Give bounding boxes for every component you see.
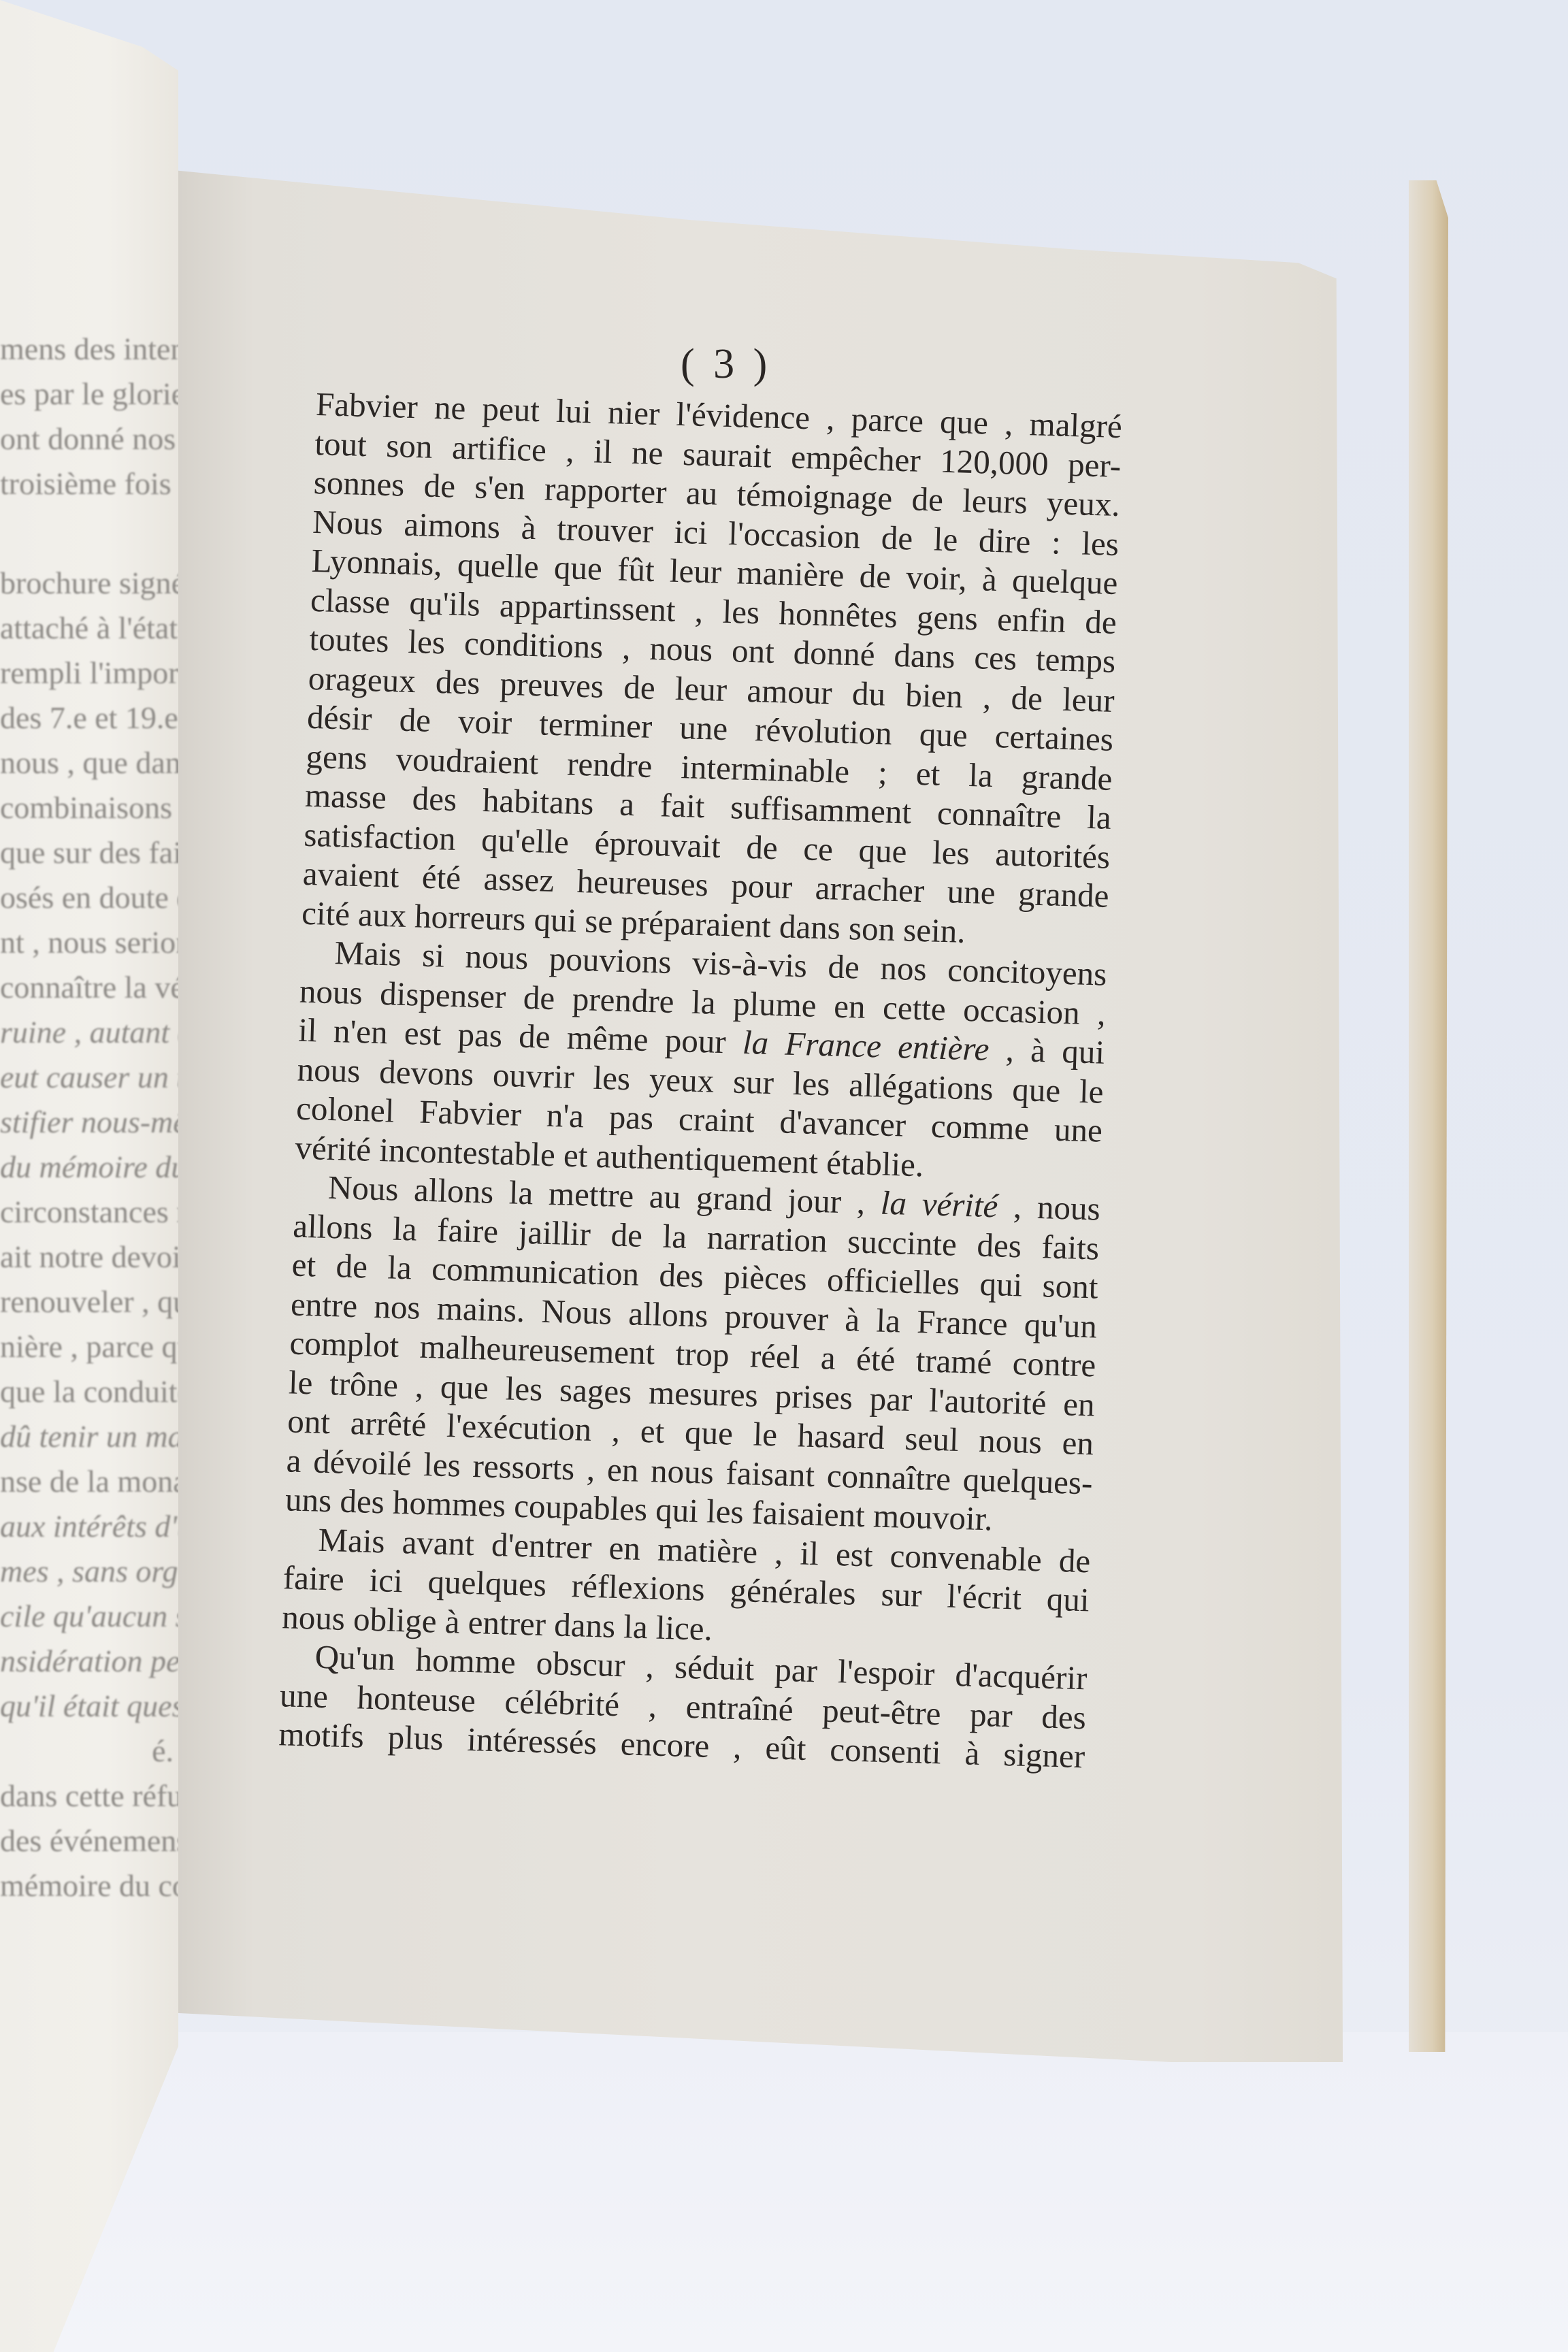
facing-line: circonstances malheu-: [0, 1190, 174, 1235]
facing-line: ruine , autant qu'il est en: [0, 1010, 174, 1055]
facing-line: é.: [0, 1729, 174, 1774]
facing-page-left: mens des intentions es par le glorieux o…: [0, 0, 178, 2352]
facing-line: ont donné nos con-: [0, 416, 174, 461]
italic-emphasis: la France entière: [742, 1024, 990, 1068]
facing-line: brochure signée par: [0, 561, 174, 606]
facing-line: du mémoire du colonel: [0, 1145, 174, 1190]
facing-line: qu'il était question: [0, 1684, 174, 1729]
page-deckle-edge: [1409, 180, 1448, 2052]
facing-line: nière , parce que nous: [0, 1324, 174, 1369]
table-surface: [0, 2032, 1568, 2352]
facing-line: nt , nous serions coupables: [0, 920, 174, 965]
facing-line: es par le glorieux: [0, 372, 174, 416]
facing-line: que la conduite que: [0, 1369, 174, 1414]
text-span: , nous: [998, 1187, 1101, 1227]
facing-line: nous , que dans cette: [0, 740, 174, 785]
facing-line: des événemens dont: [0, 1818, 174, 1863]
facing-line: mes , sans orgueil ,: [0, 1549, 174, 1594]
facing-line: eut causer un tel ouvrage.: [0, 1055, 174, 1100]
facing-line: aux intérêts d'une: [0, 1504, 174, 1549]
facing-page-text: mens des intentions es par le glorieux o…: [0, 327, 174, 1908]
facing-line: que sur des faits dont la: [0, 830, 174, 875]
facing-line: dû tenir un magis-: [0, 1414, 174, 1459]
facing-line: mémoire du colonel: [0, 1863, 174, 1908]
text-span: , à qui: [989, 1030, 1105, 1071]
facing-line: connaître la vérité toute: [0, 965, 174, 1010]
facing-line: nsidération person-: [0, 1639, 174, 1684]
facing-line: osés en doute que par la: [0, 875, 174, 920]
facing-line: combinaisons les plus per-: [0, 785, 174, 830]
facing-line: ait notre devoir ; et ces: [0, 1235, 174, 1279]
facing-line: renouveler , que nous: [0, 1279, 174, 1324]
italic-emphasis: la vérité: [880, 1184, 998, 1225]
facing-line: nse de la monarchie: [0, 1459, 174, 1504]
facing-line: mens des intentions: [0, 327, 174, 372]
facing-line: cile qu'aucun sacri-: [0, 1594, 174, 1639]
page-body-text: Fabvier ne peut lui nier l'évidence , pa…: [278, 385, 1123, 1776]
facing-line: stifier nous-mêmes que: [0, 1100, 174, 1145]
page-number: ( 3 ): [681, 340, 771, 389]
facing-line: des 7.e et 19.e divisions: [0, 696, 174, 740]
facing-line: rempli l'importante mis-: [0, 651, 174, 696]
facing-gap: [0, 506, 174, 561]
facing-line: dans cette réfutation: [0, 1774, 174, 1818]
facing-line: attaché à l'état-major: [0, 606, 174, 651]
facing-line: troisième fois à la: [0, 461, 174, 506]
